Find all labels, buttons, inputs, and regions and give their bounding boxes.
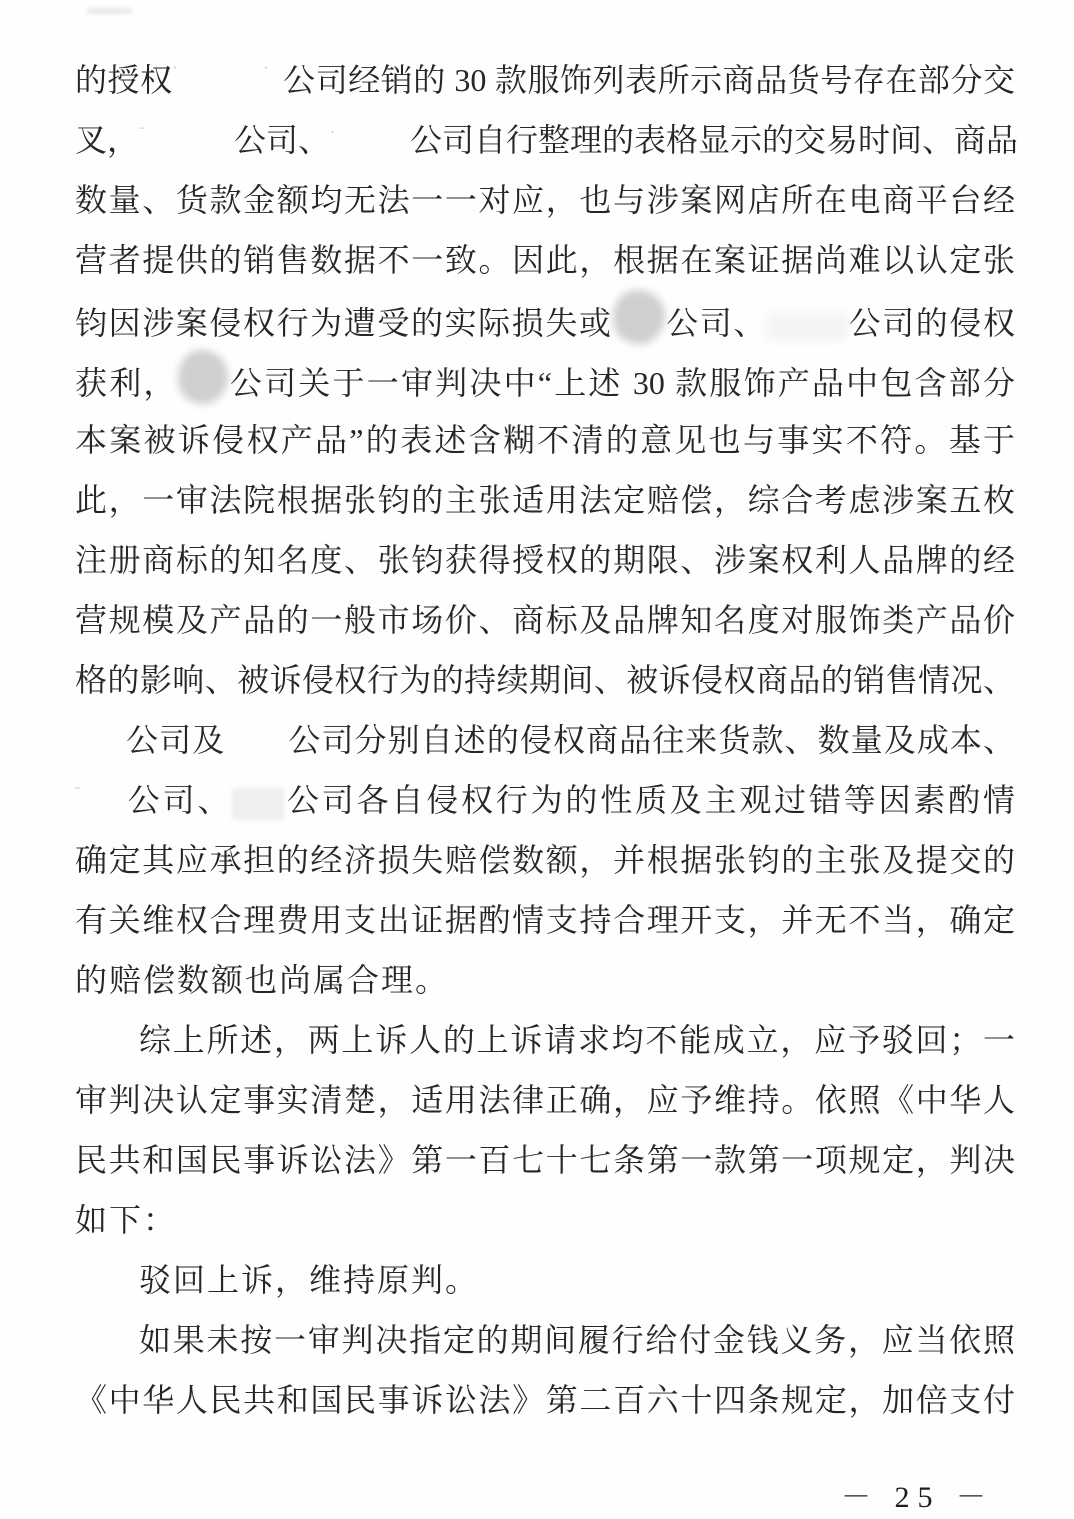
text-line: 审判决认定事实清楚，适用法律正确，应予维持。依照《中华人 xyxy=(75,1070,1015,1130)
text-segment: 公司、 xyxy=(234,122,330,158)
text-line: 如果未按一审判决指定的期间履行给付金钱义务，应当依照 xyxy=(75,1310,1015,1370)
text-segment: 审判决认定事实清楚，适用法律正确，应予维持。依照《中华人 xyxy=(75,1082,1015,1118)
text-segment: 营规模及产品的一般市场价、商标及品牌知名度对服饰类产品价 xyxy=(75,602,1015,638)
text-segment: 数量、货款金额均无法一一对应，也与涉案网店所在电商平台经 xyxy=(75,182,1015,218)
redaction-blank xyxy=(225,723,287,765)
text-segment: 公司分别自述的侵权商品往来货款、数量及成本、 xyxy=(287,722,1015,758)
text-line: 确定其应承担的经济损失赔偿数额，并根据张钧的主张及提交的 xyxy=(75,830,1015,890)
text-segment: 营者提供的销售数据不一致。因此，根据在案证据尚难以认定张 xyxy=(75,242,1015,278)
text-segment: 公司的侵权 xyxy=(847,305,1015,341)
text-line: 叉，ˉ公司、·公司自行整理的表格显示的交易时间、商品 xyxy=(75,110,1015,170)
text-line: 的赔偿数额也尚属合理。 xyxy=(75,950,1015,1010)
page-number: － 25 － xyxy=(841,1472,994,1516)
text-segment: 注册商标的知名度、张钧获得授权的期限、涉案权利人品牌的经 xyxy=(75,542,1015,578)
text-segment: 公司、 xyxy=(665,305,767,341)
text-segment: 公司自行整理的表格显示的交易时间、商品 xyxy=(410,122,1018,158)
text-line: 格的影响、被诉侵权行为的持续期间、被诉侵权商品的销售情况、 xyxy=(75,650,1015,710)
text-segment: 综上所述，两上诉人的上诉请求均不能成立，应予驳回；一 xyxy=(139,1022,1015,1058)
text-segment: 公司及 xyxy=(125,722,225,758)
text-line: 公司及公司分别自述的侵权商品往来货款、数量及成本、 xyxy=(75,710,1015,770)
text-segment: 钧因涉案侵权行为遭受的实际损失或 xyxy=(75,305,613,341)
text-line: 营者提供的销售数据不一致。因此，根据在案证据尚难以认定张 xyxy=(75,230,1015,290)
text-segment: 的赔偿数额也尚属合理。 xyxy=(75,962,449,998)
text-line: 钧因涉案侵权行为遭受的实际损失或公司、公司的侵权 xyxy=(75,290,1015,350)
text-segment: 确定其应承担的经济损失赔偿数额，并根据张钧的主张及提交的 xyxy=(75,842,1015,878)
text-line: 驳回上诉，维持原判。 xyxy=(75,1250,1015,1310)
text-segment: 有关维权合理费用支出证据酌情支持合理开支，并无不当，确定 xyxy=(75,902,1015,938)
text-line: 此，一审法院根据张钧的主张适用法定赔偿，综合考虑涉案五枚 xyxy=(75,470,1015,530)
text-segment: 《中华人民共和国民事诉讼法》第二百六十四条规定，加倍支付 xyxy=(75,1382,1015,1418)
text-line: 综上所述，两上诉人的上诉请求均不能成立，应予驳回；一 xyxy=(75,1010,1015,1070)
text-segment: 公司各自侵权行为的性质及主观过错等因素酌情 xyxy=(284,782,1015,818)
redaction-blank xyxy=(75,723,125,765)
text-segment: 驳回上诉，维持原判。 xyxy=(139,1262,479,1298)
text-segment: 公司关于一审判决中“上述 30 款服饰产品中包含部分 xyxy=(228,365,1015,401)
redaction-blob xyxy=(613,290,665,344)
text-line: 营规模及产品的一般市场价、商标及品牌知名度对服饰类产品价 xyxy=(75,590,1015,650)
text-segment: 的授权 xyxy=(75,62,173,98)
text-segment: 公司、 xyxy=(125,782,232,818)
text-segment: 此，一审法院根据张钧的主张适用法定赔偿，综合考虑涉案五枚 xyxy=(75,482,1015,518)
text-segment: 公司经销的 30 款服饰列表所示商品货号存在部分交 xyxy=(283,62,1015,98)
text-line: 数量、货款金额均无法一一对应，也与涉案网店所在电商平台经 xyxy=(75,170,1015,230)
redaction-blank: ˉ xyxy=(75,783,125,825)
text-segment: 获利， xyxy=(75,365,178,401)
text-line: ˉ公司、公司各自侵权行为的性质及主观过错等因素酌情 xyxy=(75,770,1015,830)
text-segment: 如果未按一审判决指定的期间履行给付金钱义务，应当依照 xyxy=(139,1322,1015,1358)
text-line: 民共和国民事诉讼法》第一百七十七条第一款第一项规定，判决 xyxy=(75,1130,1015,1190)
text-segment: 本案被诉侵权产品”的表述含糊不清的意见也与事实不符。基于 xyxy=(75,422,1015,458)
text-line: 的授权ˋ ˋ公司经销的 30 款服饰列表所示商品货号存在部分交 xyxy=(75,50,1015,110)
scanned-page: 的授权ˋ ˋ公司经销的 30 款服饰列表所示商品货号存在部分交叉，ˉ公司、·公司… xyxy=(0,0,1074,1519)
text-segment: 格的影响、被诉侵权行为的持续期间、被诉侵权商品的销售情况、 xyxy=(75,662,1015,698)
redaction-blank: · xyxy=(330,123,410,165)
redaction-blank: ˋ ˋ xyxy=(173,63,283,105)
text-line: 有关维权合理费用支出证据酌情支持合理开支，并无不当，确定 xyxy=(75,890,1015,950)
document-body: 的授权ˋ ˋ公司经销的 30 款服饰列表所示商品货号存在部分交叉，ˉ公司、·公司… xyxy=(75,50,1015,1430)
redaction-blob xyxy=(178,350,228,404)
text-line: 如下： xyxy=(75,1190,1015,1250)
text-segment: 民共和国民事诉讼法》第一百七十七条第一款第一项规定，判决 xyxy=(75,1142,1015,1178)
redaction-blank: ˉ xyxy=(139,123,234,165)
text-line: 本案被诉侵权产品”的表述含糊不清的意见也与事实不符。基于 xyxy=(75,410,1015,470)
text-segment: 如下： xyxy=(75,1202,177,1238)
redaction-smudge xyxy=(767,314,847,340)
text-line: 获利，公司关于一审判决中“上述 30 款服饰产品中包含部分 xyxy=(75,350,1015,410)
text-segment: 叉， xyxy=(75,122,139,158)
text-line: 注册商标的知名度、张钧获得授权的期限、涉案权利人品牌的经 xyxy=(75,530,1015,590)
text-line: 《中华人民共和国民事诉讼法》第二百六十四条规定，加倍支付 xyxy=(75,1370,1015,1430)
redaction-lightrect xyxy=(232,788,284,820)
